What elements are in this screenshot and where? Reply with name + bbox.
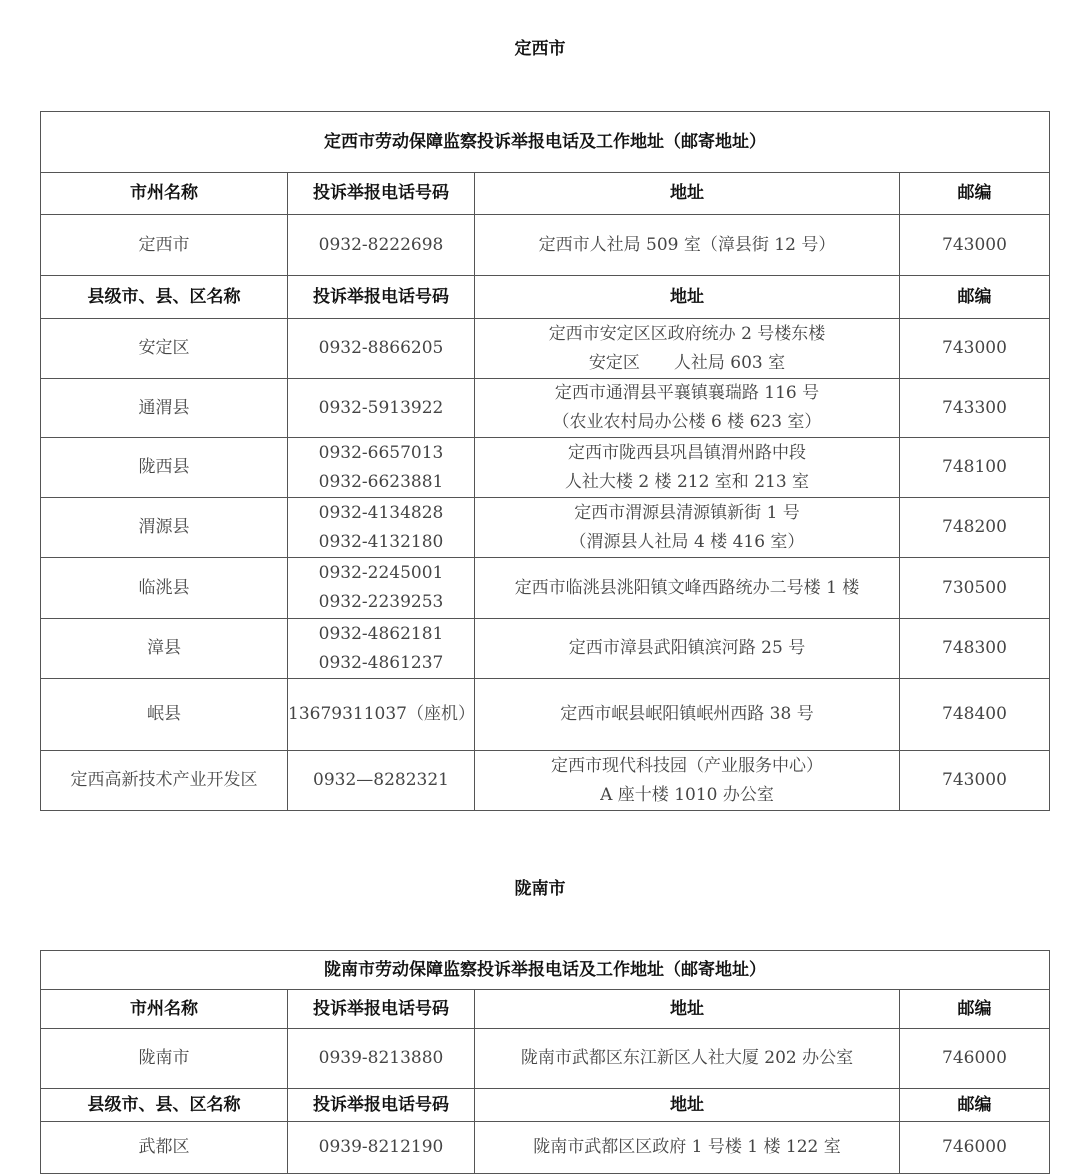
table-title: 陇南市劳动保障监察投诉举报电话及工作地址（邮寄地址） [41, 951, 1050, 990]
table-row: 武都区 0939-8212190 陇南市武都区区政府 1 号楼 1 楼 122 … [41, 1122, 1050, 1174]
address-line: 定西市陇西县巩昌镇渭州路中段 [475, 439, 899, 468]
phone: 0932-66570130932-6623881 [288, 438, 475, 498]
county-name: 岷县 [41, 679, 288, 751]
phone-line: 0932-2239253 [288, 588, 474, 617]
address: 定西市通渭县平襄镇襄瑞路 116 号（农业农村局办公楼 6 楼 623 室） [475, 379, 900, 438]
section-heading-longnan: 陇南市 [0, 874, 1080, 899]
phone-line: 0932-4862181 [288, 620, 474, 649]
phone: 0932—8282321 [288, 751, 475, 811]
postcode: 746000 [900, 1029, 1050, 1089]
column-header-phone: 投诉举报电话号码 [288, 173, 475, 215]
phone: 0932-8866205 [288, 319, 475, 379]
address-line: A 座十楼 1010 办公室 [475, 781, 899, 810]
column-header-city: 市州名称 [41, 990, 288, 1029]
table-row: 陇西县 0932-66570130932-6623881 定西市陇西县巩昌镇渭州… [41, 438, 1050, 498]
address: 定西市临洮县洮阳镇文峰西路统办二号楼 1 楼 [475, 558, 900, 619]
address: 陇南市武都区区政府 1 号楼 1 楼 122 室 [475, 1122, 900, 1174]
county-name: 定西高新技术产业开发区 [41, 751, 288, 811]
county-name: 临洮县 [41, 558, 288, 619]
address: 定西市岷县岷阳镇岷州西路 38 号 [475, 679, 900, 751]
city-name: 定西市 [41, 215, 288, 276]
postcode: 730500 [900, 558, 1050, 619]
county-name: 漳县 [41, 619, 288, 679]
phone-line: 0932-4861237 [288, 649, 474, 678]
city-name: 陇南市 [41, 1029, 288, 1089]
county-name: 陇西县 [41, 438, 288, 498]
postcode: 748400 [900, 679, 1050, 751]
column-header-county: 县级市、县、区名称 [41, 276, 288, 319]
table-row: 定西市 0932-8222698 定西市人社局 509 室（漳县街 12 号） … [41, 215, 1050, 276]
phone: 0932-41348280932-4132180 [288, 498, 475, 558]
county-name: 通渭县 [41, 379, 288, 438]
table-row: 定西高新技术产业开发区 0932—8282321 定西市现代科技园（产业服务中心… [41, 751, 1050, 811]
phone: 0932-48621810932-4861237 [288, 619, 475, 679]
address: 定西市漳县武阳镇滨河路 25 号 [475, 619, 900, 679]
column-header-postcode: 邮编 [900, 990, 1050, 1029]
county-name: 安定区 [41, 319, 288, 379]
column-header-address: 地址 [475, 1089, 900, 1122]
phone-line: 0932-2245001 [288, 559, 474, 588]
table-title: 定西市劳动保障监察投诉举报电话及工作地址（邮寄地址） [41, 112, 1050, 173]
address: 定西市现代科技园（产业服务中心）A 座十楼 1010 办公室 [475, 751, 900, 811]
postcode: 748300 [900, 619, 1050, 679]
phone: 0932-8222698 [288, 215, 475, 276]
table-row: 渭源县 0932-41348280932-4132180 定西市渭源县清源镇新街… [41, 498, 1050, 558]
phone-line: 0932-6623881 [288, 468, 474, 497]
phone: 0939-8212190 [288, 1122, 475, 1174]
address-line: （渭源县人社局 4 楼 416 室） [475, 528, 899, 557]
phone-line: 0932-4134828 [288, 499, 474, 528]
address-line: 定西市渭源县清源镇新街 1 号 [475, 499, 899, 528]
address: 陇南市武都区东江新区人社大厦 202 办公室 [475, 1029, 900, 1089]
address-line: 定西市通渭县平襄镇襄瑞路 116 号 [475, 379, 899, 408]
table-row: 通渭县 0932-5913922 定西市通渭县平襄镇襄瑞路 116 号（农业农村… [41, 379, 1050, 438]
address-line: 安定区 人社局 603 室 [475, 349, 899, 378]
address-line: （农业农村局办公楼 6 楼 623 室） [475, 408, 899, 437]
dingxi-contact-table: 定西市劳动保障监察投诉举报电话及工作地址（邮寄地址） 市州名称 投诉举报电话号码… [40, 111, 1050, 811]
county-name: 渭源县 [41, 498, 288, 558]
table-row: 安定区 0932-8866205 定西市安定区区政府统办 2 号楼东楼安定区 人… [41, 319, 1050, 379]
address: 定西市陇西县巩昌镇渭州路中段人社大楼 2 楼 212 室和 213 室 [475, 438, 900, 498]
postcode: 743000 [900, 215, 1050, 276]
column-header-address: 地址 [475, 276, 900, 319]
table-row: 临洮县 0932-22450010932-2239253 定西市临洮县洮阳镇文峰… [41, 558, 1050, 619]
phone: 13679311037（座机） [288, 679, 475, 751]
phone-line: 0932-4132180 [288, 528, 474, 557]
column-header-phone: 投诉举报电话号码 [288, 990, 475, 1029]
postcode: 743300 [900, 379, 1050, 438]
section-heading-dingxi: 定西市 [0, 34, 1080, 59]
table-row: 岷县 13679311037（座机） 定西市岷县岷阳镇岷州西路 38 号 748… [41, 679, 1050, 751]
phone-line: 0932-6657013 [288, 439, 474, 468]
postcode: 748200 [900, 498, 1050, 558]
phone: 0932-5913922 [288, 379, 475, 438]
table-row: 漳县 0932-48621810932-4861237 定西市漳县武阳镇滨河路 … [41, 619, 1050, 679]
column-header-postcode: 邮编 [900, 276, 1050, 319]
address: 定西市渭源县清源镇新街 1 号（渭源县人社局 4 楼 416 室） [475, 498, 900, 558]
column-header-phone: 投诉举报电话号码 [288, 1089, 475, 1122]
phone: 0932-22450010932-2239253 [288, 558, 475, 619]
address-line: 人社大楼 2 楼 212 室和 213 室 [475, 468, 899, 497]
column-header-county: 县级市、县、区名称 [41, 1089, 288, 1122]
address-line: 定西市安定区区政府统办 2 号楼东楼 [475, 320, 899, 349]
postcode: 748100 [900, 438, 1050, 498]
postcode: 743000 [900, 319, 1050, 379]
column-header-address: 地址 [475, 173, 900, 215]
address-line: 定西市现代科技园（产业服务中心） [475, 752, 899, 781]
address: 定西市安定区区政府统办 2 号楼东楼安定区 人社局 603 室 [475, 319, 900, 379]
county-name: 武都区 [41, 1122, 288, 1174]
column-header-phone: 投诉举报电话号码 [288, 276, 475, 319]
column-header-postcode: 邮编 [900, 1089, 1050, 1122]
column-header-city: 市州名称 [41, 173, 288, 215]
longnan-contact-table: 陇南市劳动保障监察投诉举报电话及工作地址（邮寄地址） 市州名称 投诉举报电话号码… [40, 950, 1050, 1174]
column-header-address: 地址 [475, 990, 900, 1029]
phone: 0939-8213880 [288, 1029, 475, 1089]
address: 定西市人社局 509 室（漳县街 12 号） [475, 215, 900, 276]
column-header-postcode: 邮编 [900, 173, 1050, 215]
postcode: 743000 [900, 751, 1050, 811]
table-row: 陇南市 0939-8213880 陇南市武都区东江新区人社大厦 202 办公室 … [41, 1029, 1050, 1089]
postcode: 746000 [900, 1122, 1050, 1174]
